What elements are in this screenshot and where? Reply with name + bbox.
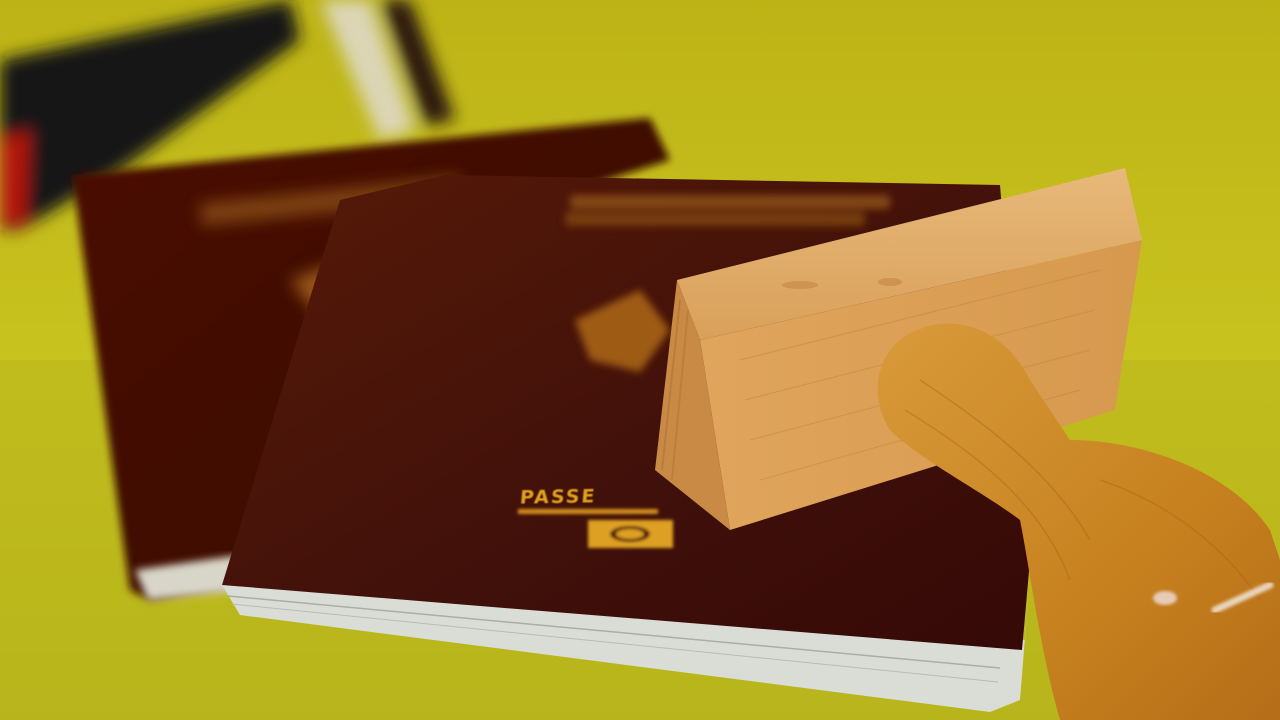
photo-scene: PASSE xyxy=(0,0,1280,720)
passport-stamp-photo xyxy=(0,0,1280,720)
passport-cover-text: PASSE xyxy=(519,485,597,508)
